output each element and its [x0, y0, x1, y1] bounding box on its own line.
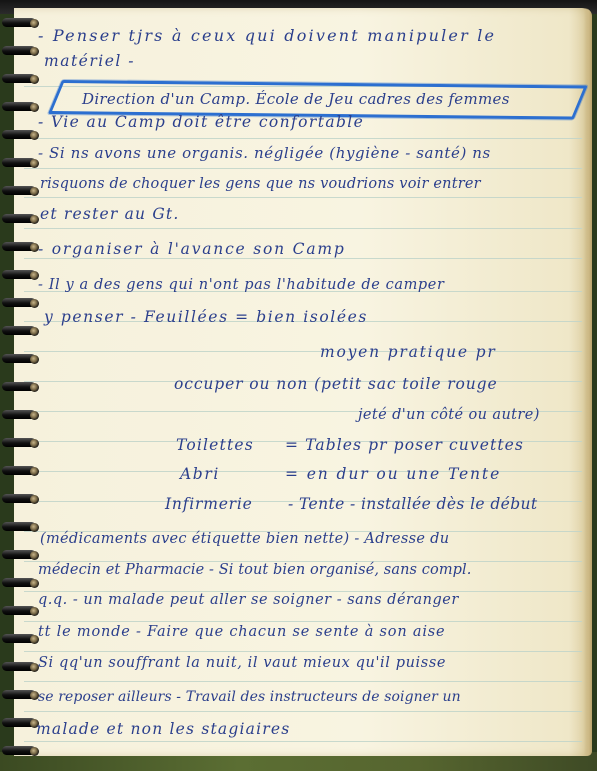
handwritten-line: malade et non les stagiaires: [36, 722, 290, 738]
ruled-line: [24, 228, 582, 229]
ruled-line: [24, 711, 582, 712]
table-value-infirmerie: - Tente - installée dès le début: [288, 497, 538, 513]
spiral-coil: [2, 634, 36, 643]
spiral-coil: [2, 662, 36, 671]
spiral-coil: [2, 718, 36, 727]
spiral-coil: [2, 466, 36, 475]
handwritten-line: moyen pratique pr: [320, 345, 497, 361]
spiral-coil: [2, 18, 36, 27]
spiral-coil: [2, 242, 36, 251]
spiral-coil: [2, 746, 36, 755]
spiral-coil: [2, 214, 36, 223]
spiral-coil: [2, 606, 36, 615]
table-value-abri: = en dur ou une Tente: [285, 467, 501, 483]
spiral-coil: [2, 382, 36, 391]
spiral-coil: [2, 410, 36, 419]
spiral-coil: [2, 522, 36, 531]
spiral-binding: [0, 10, 40, 750]
handwritten-line: (médicaments avec étiquette bien nette) …: [40, 532, 449, 547]
handwritten-line: matériel -: [44, 54, 135, 70]
handwritten-line: Si qq'un souffrant la nuit, il vaut mieu…: [38, 656, 446, 671]
spiral-coil: [2, 130, 36, 139]
handwritten-line: - Il y a des gens qui n'ont pas l'habitu…: [38, 278, 445, 293]
spiral-coil: [2, 578, 36, 587]
ruled-line: [24, 258, 582, 259]
spiral-coil: [2, 690, 36, 699]
ruled-line: [24, 651, 582, 652]
handwritten-line: - organiser à l'avance son Camp: [38, 242, 346, 258]
table-value-toilettes: = Tables pr poser cuvettes: [285, 438, 524, 454]
ruled-line: [24, 138, 582, 139]
table-label-abri: Abri: [180, 467, 220, 483]
spiral-coil: [2, 46, 36, 55]
spiral-coil: [2, 550, 36, 559]
handwritten-line: occuper ou non (petit sac toile rouge: [174, 377, 498, 393]
spiral-coil: [2, 102, 36, 111]
spiral-coil: [2, 270, 36, 279]
spiral-coil: [2, 494, 36, 503]
ruled-line: [24, 197, 582, 198]
spiral-coil: [2, 298, 36, 307]
ruled-line: [24, 168, 582, 169]
handwritten-line: - Vie au Camp doit être confortable: [38, 115, 364, 131]
spiral-coil: [2, 74, 36, 83]
section-heading: Direction d'un Camp. École de Jeu cadres…: [82, 90, 510, 108]
handwritten-line: q.q. - un malade peut aller se soigner -…: [38, 593, 459, 608]
page-edge: [584, 8, 592, 756]
spiral-coil: [2, 326, 36, 335]
ruled-line: [24, 351, 582, 352]
handwritten-line: tt le monde - Faire que chacun se sente …: [38, 625, 445, 640]
spiral-coil: [2, 158, 36, 167]
spiral-coil: [2, 354, 36, 363]
ruled-line: [24, 681, 582, 682]
handwritten-line: - Si ns avons une organis. négligée (hyg…: [38, 146, 491, 161]
handwritten-line: se reposer ailleurs - Travail des instru…: [38, 690, 461, 704]
handwritten-line: risquons de choquer les gens que ns voud…: [40, 177, 481, 192]
handwritten-line: et rester au Gt.: [40, 207, 180, 223]
handwritten-line: - Penser tjrs à ceux qui doivent manipul…: [38, 28, 496, 44]
handwritten-line: médecin et Pharmacie - Si tout bien orga…: [38, 563, 472, 578]
spiral-coil: [2, 438, 36, 447]
handwritten-line: jeté d'un côté ou autre): [358, 408, 540, 423]
handwritten-line: y penser - Feuillées = bien isolées: [44, 310, 368, 326]
ruled-line: [24, 741, 582, 742]
ruled-line: [24, 621, 582, 622]
table-label-infirmerie: Infirmerie: [165, 497, 253, 513]
table-label-toilettes: Toilettes: [176, 438, 254, 454]
spiral-coil: [2, 186, 36, 195]
